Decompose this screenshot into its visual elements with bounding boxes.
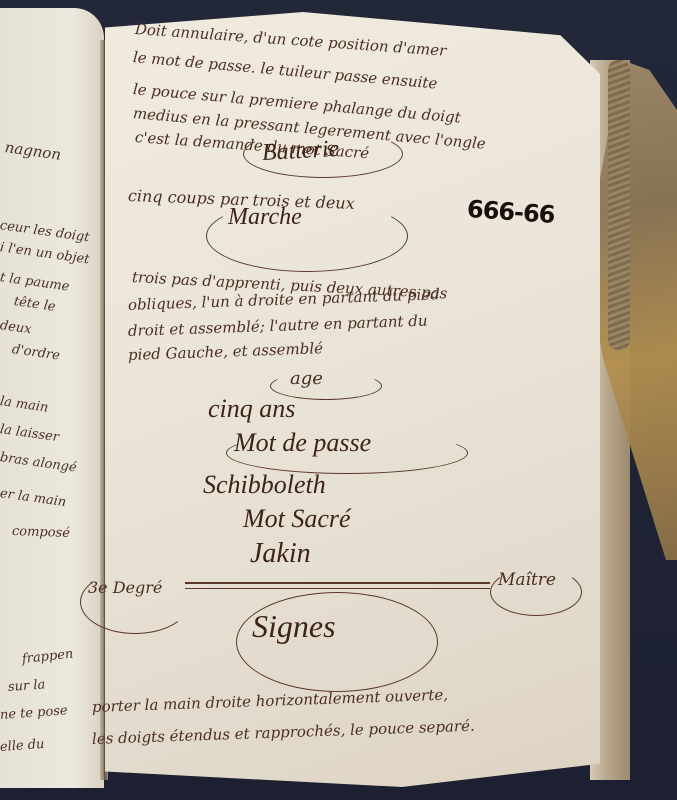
left-page-line: bras alongé [0, 450, 78, 476]
double-rule [185, 582, 490, 589]
age-text: cinq ans [208, 394, 295, 424]
sacred-word: Jakin [250, 538, 311, 570]
degree-label: 3e Degré [88, 578, 162, 597]
left-page-line: la laisser [0, 422, 60, 445]
left-page-line: d'ordre [11, 342, 61, 364]
left-page: nagnon ceur les doigt i l'en un objet t … [0, 8, 104, 788]
password-word: Schibboleth [203, 470, 326, 500]
left-page-line: frappen [21, 647, 74, 667]
mot-sacre-heading: Mot Sacré [243, 504, 351, 534]
maitre-label: Maître [498, 570, 556, 590]
left-page-line: sur la [7, 677, 45, 695]
leather-tie-string [608, 60, 630, 350]
left-page-line: composé [12, 524, 70, 541]
left-page-line: tête le [13, 294, 57, 315]
marche-heading: Marche [228, 204, 302, 231]
mot-de-passe-heading: Mot de passe [234, 428, 371, 458]
signes-heading: Signes [252, 608, 336, 645]
left-page-line: elle du [0, 737, 45, 755]
left-page-line: ne te pose [0, 703, 68, 723]
left-page-line: t la paume [0, 270, 70, 295]
left-page-line: i l'en un objet [0, 240, 90, 267]
left-page-line: deux [0, 318, 32, 337]
knock-marks: 666-66 [466, 195, 555, 229]
age-heading: age [290, 368, 323, 389]
left-page-line: er la main [0, 486, 67, 510]
batterie-heading: Batterie [261, 136, 340, 167]
left-page-line: la main [0, 394, 49, 416]
left-page-line: nagnon [4, 138, 63, 164]
